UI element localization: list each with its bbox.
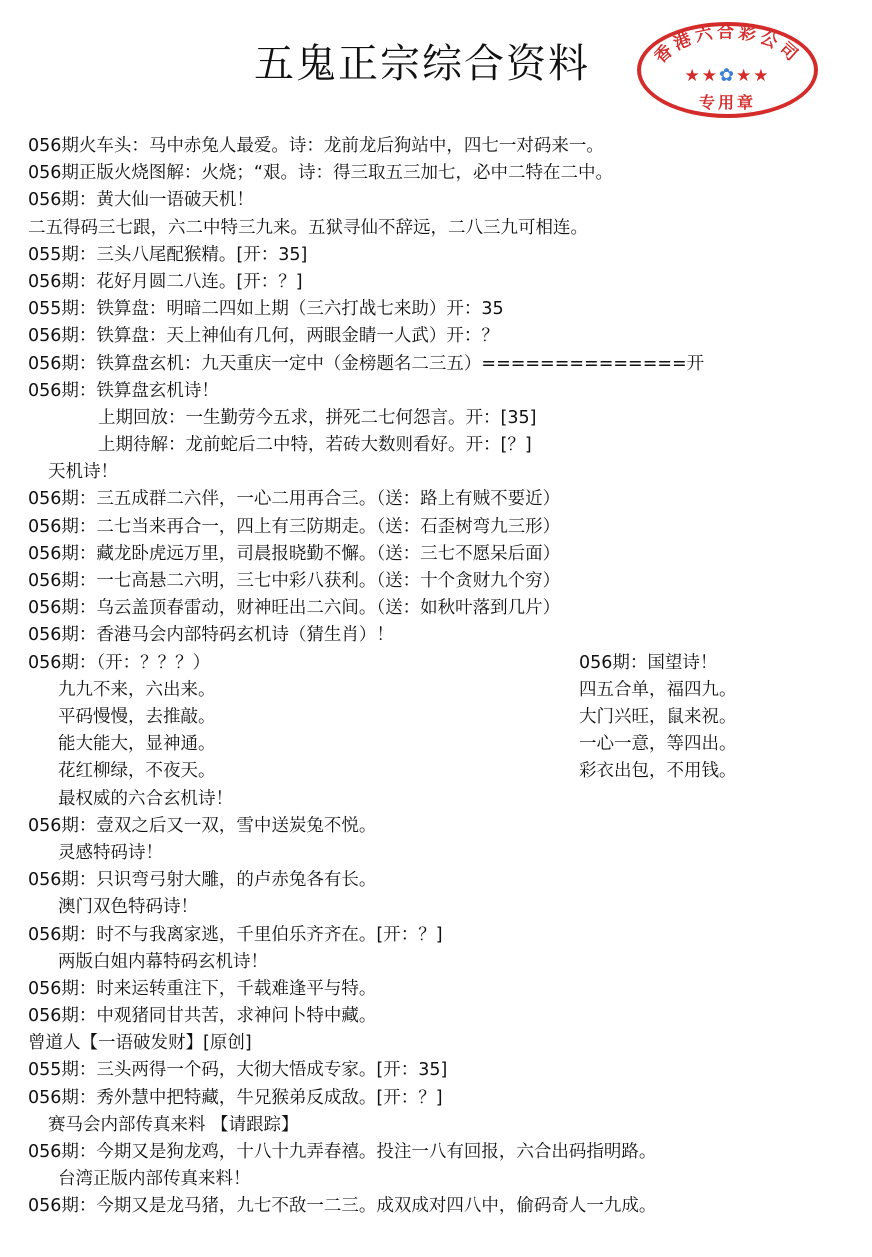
text-line: 056期：铁算盘：天上神仙有几何，两眼金睛一人武）开：？: [28, 323, 868, 350]
right-poem: 056期：国望诗！ 四五合单，福四九。 大门兴旺，鼠来祝。 一心一意，等四出。 …: [579, 650, 737, 786]
text-line: 056期：时不与我离家逃，千里伯乐齐齐在。[开：？]: [28, 922, 868, 949]
poem-heading: 056期：（开：？？？）: [28, 650, 216, 677]
poem-line: 彩衣出包，不用钱。: [579, 758, 737, 785]
text-line: 055期：三头两得一个码，大彻大悟成专家。[开：35]: [28, 1057, 868, 1084]
poem-line: 大门兴旺，鼠来祝。: [579, 704, 737, 731]
company-seal-stamp: 香港六合彩公司 ★★✿★★ 专用章: [637, 22, 818, 118]
text-line: 056期：壹双之后又一双，雪中送炭兔不悦。: [28, 813, 868, 840]
text-line: 056期：花好月圆二八连。[开：？]: [28, 269, 868, 296]
poem-line: 九九不来，六出来。: [28, 677, 216, 704]
section-heading: 赛马会内部传真来料 【请跟踪】: [28, 1112, 868, 1139]
star-icon: ★★: [736, 66, 770, 86]
poem-line: 平码慢慢，去推敲。: [28, 704, 216, 731]
text-line: 056期火车头：马中赤兔人最爱。诗：龙前龙后狗站中，四七一对码来一。: [28, 133, 868, 160]
svg-text:香港六合彩公司: 香港六合彩公司: [650, 26, 804, 68]
text-line: 056期：今期又是龙马猪，九七不敌一二三。成双成对四八中，偷码奇人一九成。: [28, 1193, 868, 1220]
section-heading: 灵感特码诗！: [28, 840, 868, 867]
star-icon: ★★: [684, 66, 718, 86]
text-line: 056期：中观猪同甘共苦，求神问卜特中藏。: [28, 1003, 868, 1030]
text-line: 056期：黄大仙一语破天机！: [28, 187, 868, 214]
text-line: 056期：只识弯弓射大雕，的卢赤兔各有长。: [28, 867, 868, 894]
text-line: 056期正版火烧图解：火烧；“艰。诗：得三取五三加七，必中二特在二中。: [28, 160, 868, 187]
seal-stars: ★★✿★★: [641, 66, 814, 86]
poem-line: 四五合单，福四九。: [579, 677, 737, 704]
poem-columns: 056期：（开：？？？） 九九不来，六出来。 平码慢慢，去推敲。 能大能大，显神…: [28, 650, 868, 786]
text-line: 056期：一七高悬二六明，三七中彩八获利。（送：十个贪财九个穷）: [28, 568, 868, 595]
seal-subtitle: 专用章: [641, 90, 814, 113]
document-body: 056期火车头：马中赤兔人最爱。诗：龙前龙后狗站中，四七一对码来一。 056期正…: [28, 133, 868, 1221]
section-heading: 天机诗！: [28, 459, 868, 486]
text-line: 056期：今期又是狗龙鸡，十八十九弄春禧。投注一八有回报，六合出码指明路。: [28, 1139, 868, 1166]
poem-line: 花红柳绿，不夜天。: [28, 758, 216, 785]
review-last: 上期回放：一生勤劳今五求，拼死二七何怨言。开：[35]: [28, 405, 868, 432]
review-pending: 上期待解：龙前蛇后二中特，若砖大数则看好。开：[？]: [28, 432, 868, 459]
flower-icon: ✿: [719, 65, 736, 86]
text-line: 056期：香港马会内部特码玄机诗（猜生肖）！: [28, 622, 868, 649]
section-heading: 两版白姐内幕特码玄机诗！: [28, 949, 868, 976]
poem-line: 一心一意，等四出。: [579, 731, 737, 758]
text-line: 056期：时来运转重注下，千载难逢平与特。: [28, 976, 868, 1003]
text-line: 056期：二七当来再合一，四上有三防期走。（送：石歪树弯九三形）: [28, 514, 868, 541]
text-line: 056期：藏龙卧虎远万里，司晨报晓勤不懈。（送：三七不愿呆后面）: [28, 541, 868, 568]
title-text: 五鬼正宗综合资料: [254, 41, 590, 87]
text-line: 055期：铁算盘：明暗二四如上期（三六打战七来助）开：35: [28, 296, 868, 323]
text-line: 二五得码三七跟，六二中特三九来。五狱寻仙不辞远，二八三九可相连。: [28, 215, 868, 242]
section-heading: 澳门双色特码诗！: [28, 894, 868, 921]
text-line: 056期：乌云盖顶春雷动，财神旺出二六间。（送：如秋叶落到几片）: [28, 595, 868, 622]
text-line: 056期：铁算盘玄机诗！: [28, 378, 868, 405]
poem-heading: 056期：国望诗！: [579, 650, 737, 677]
section-heading: 最权威的六合玄机诗！: [28, 786, 868, 813]
left-poem: 056期：（开：？？？） 九九不来，六出来。 平码慢慢，去推敲。 能大能大，显神…: [28, 650, 216, 786]
poem-line: 能大能大，显神通。: [28, 731, 216, 758]
text-line: 056期：铁算盘玄机：九天重庆一定中（金榜题名二三五）=============…: [28, 351, 868, 378]
section-heading: 曾道人【一语破发财】[原创]: [28, 1030, 868, 1057]
section-heading: 台湾正版内部传真来料！: [28, 1166, 868, 1193]
text-line: 056期：秀外慧中把特藏，牛兄猴弟反成敌。[开：？]: [28, 1085, 868, 1112]
text-line: 056期：三五成群二六伴，一心二用再合三。（送：路上有贼不要近）: [28, 486, 868, 513]
text-line: 055期：三头八尾配猴精。[开：35]: [28, 242, 868, 269]
